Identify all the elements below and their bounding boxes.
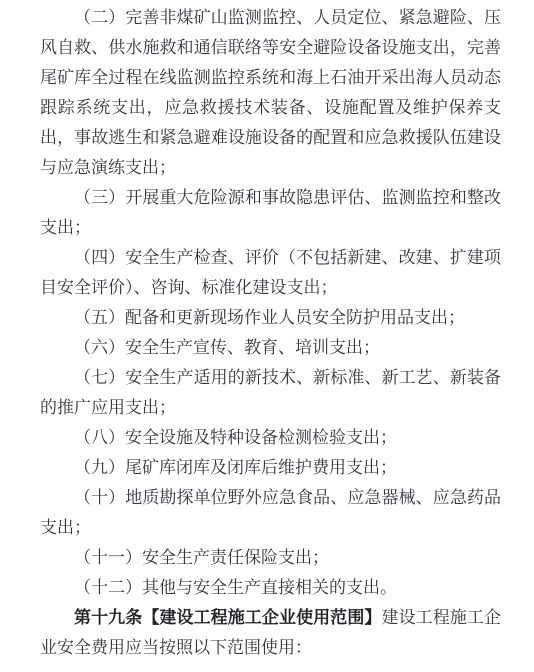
paragraph-article-19: 第十九条【建设工程施工企业使用范围】建设工程施工企业安全费用应当按照以下范围使用… (40, 603, 501, 663)
paragraph-item-5: （五）配备和更新现场作业人员安全防护用品支出； (40, 303, 501, 333)
paragraph-item-7: （七）安全生产适用的新技术、新标准、新工艺、新装备的推广应用支出； (40, 363, 501, 423)
paragraph-item-11: （十一）安全生产责任保险支出； (40, 543, 501, 573)
paragraph-item-6: （六）安全生产宣传、教育、培训支出； (40, 333, 501, 363)
document-body: （二）完善非煤矿山监测监控、人员定位、紧急避险、压风自救、供水施救和通信联络等安… (0, 0, 534, 663)
paragraph-item-4: （四）安全生产检查、评价（不包括新建、改建、扩建项目安全评价）、咨询、标准化建设… (40, 243, 501, 303)
paragraph-item-9: （九）尾矿库闭库及闭库后维护费用支出； (40, 453, 501, 483)
paragraph-item-3: （三）开展重大危险源和事故隐患评估、监测监控和整改支出； (40, 183, 501, 243)
document-page: （二）完善非煤矿山监测监控、人员定位、紧急避险、压风自救、供水施救和通信联络等安… (0, 0, 534, 672)
article-number: 第十九条 (74, 608, 142, 627)
paragraph-item-12: （十二）其他与安全生产直接相关的支出。 (40, 573, 501, 603)
paragraph-item-10: （十）地质勘探单位野外应急食品、应急器械、应急药品支出； (40, 483, 501, 543)
paragraph-item-8: （八）安全设施及特种设备检测检验支出； (40, 423, 501, 453)
article-title-bracket: 【建设工程施工企业使用范围】 (142, 608, 381, 627)
paragraph-item-2: （二）完善非煤矿山监测监控、人员定位、紧急避险、压风自救、供水施救和通信联络等安… (40, 3, 501, 183)
